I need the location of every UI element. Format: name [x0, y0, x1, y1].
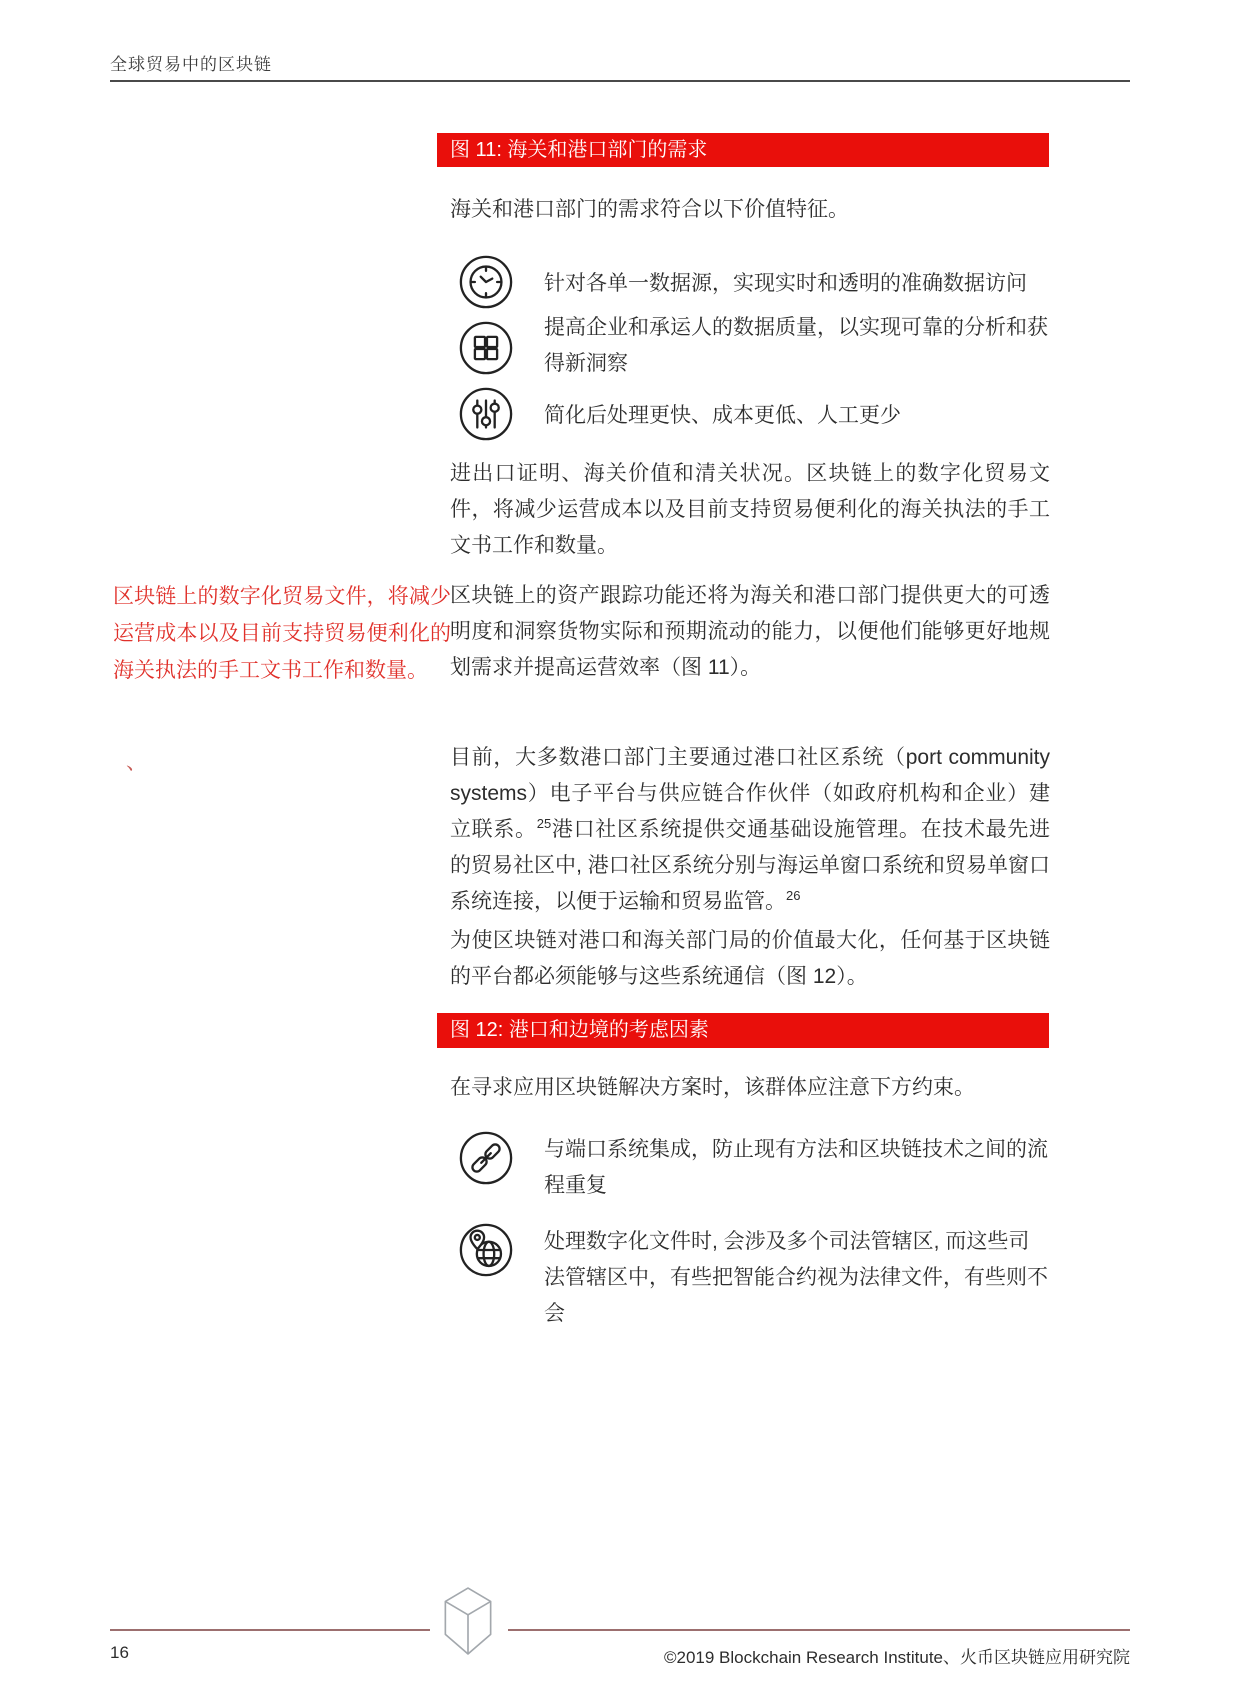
figure11-intro: 海关和港口部门的需求符合以下价值特征。 — [450, 192, 1050, 228]
cube-icon — [441, 1586, 495, 1656]
value-item-text: 提高企业和承运人的数据质量，以实现可靠的分析和获得新洞察 — [544, 310, 1050, 382]
constraint-item: 处理数字化文件时, 会涉及多个司法管辖区, 而这些司法管辖区中，有些把智能合约视… — [458, 1220, 1050, 1332]
link-icon — [458, 1130, 514, 1186]
grid-icon — [458, 320, 514, 376]
stray-punctuation-mark: 、 — [126, 746, 147, 776]
footnote-ref-25: 25 — [537, 816, 551, 831]
figure12-banner: 图 12: 港口和边境的考虑因素 — [437, 1013, 1049, 1048]
clock-icon — [458, 254, 514, 310]
paragraph-port-community: 目前，大多数港口部门主要通过港口社区系统（port community syst… — [450, 740, 1050, 920]
value-item: 简化后处理更快、成本更低、人工更少 — [458, 384, 1050, 442]
constraint-item: 与端口系统集成，防止现有方法和区块链技术之间的流程重复 — [458, 1128, 1050, 1204]
paragraph-asset-tracking: 区块链上的资产跟踪功能还将为海关和港口部门提供更大的可透明度和洞察货物实际和预期… — [450, 578, 1050, 686]
footer-rule-right — [508, 1629, 1130, 1631]
paragraph-port-community-part2: 港口社区系统提供交通基础设施管理。在技术最先进的贸易社区中, 港口社区系统分别与… — [450, 818, 1050, 913]
value-item-text: 简化后处理更快、成本更低、人工更少 — [544, 384, 901, 434]
copyright: ©2019 Blockchain Research Institute、火币区块… — [664, 1643, 1130, 1668]
value-item: 针对各单一数据源，实现实时和透明的准确数据访问 — [458, 254, 1050, 310]
value-item-text: 针对各单一数据源，实现实时和透明的准确数据访问 — [544, 254, 1027, 302]
pull-quote: 区块链上的数字化贸易文件，将减少运营成本以及目前支持贸易便利化的海关执法的手工文… — [113, 578, 451, 689]
constraint-item-text: 与端口系统集成，防止现有方法和区块链技术之间的流程重复 — [544, 1128, 1050, 1204]
page-number: 16 — [110, 1643, 129, 1663]
header-title: 全球贸易中的区块链 — [110, 50, 272, 75]
footer-rule-left — [110, 1629, 430, 1631]
value-item: 提高企业和承运人的数据质量，以实现可靠的分析和获得新洞察 — [458, 310, 1050, 382]
document-page: 全球贸易中的区块链 图 11: 海关和港口部门的需求 海关和港口部门的需求符合以… — [0, 0, 1240, 1693]
sliders-icon — [458, 386, 514, 442]
constraint-item-text: 处理数字化文件时, 会涉及多个司法管辖区, 而这些司法管辖区中，有些把智能合约视… — [544, 1220, 1050, 1332]
globe-pin-icon — [458, 1222, 514, 1278]
figure12-intro: 在寻求应用区块链解决方案时，该群体应注意下方约束。 — [450, 1070, 1050, 1106]
footnote-ref-26: 26 — [786, 888, 800, 903]
figure11-banner: 图 11: 海关和港口部门的需求 — [437, 133, 1049, 167]
paragraph-documents: 进出口证明、海关价值和清关状况。区块链上的数字化贸易文件，将减少运营成本以及目前… — [450, 456, 1050, 564]
paragraph-maximize-value: 为使区块链对港口和海关部门局的价值最大化，任何基于区块链的平台都必须能够与这些系… — [450, 923, 1050, 995]
header-rule — [110, 80, 1130, 82]
